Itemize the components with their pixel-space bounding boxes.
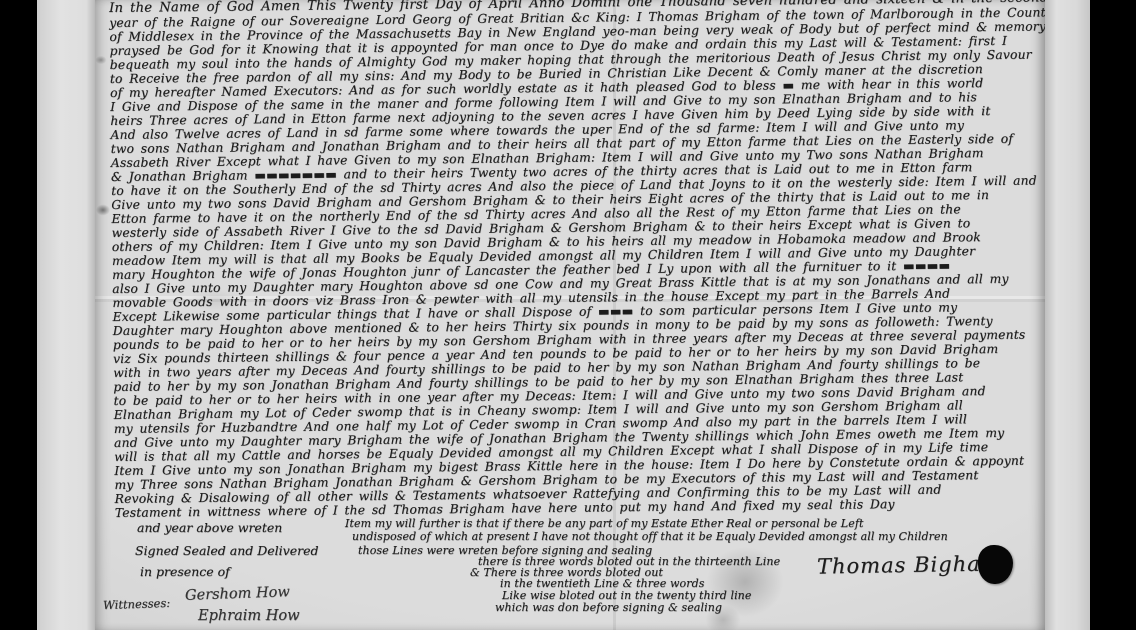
will-body-text: In the Name of God Amen This Twenty firs… xyxy=(109,0,1045,520)
wax-seal xyxy=(978,545,1013,584)
codicil-line: which was don before signing & sealing xyxy=(495,601,722,614)
testator-signature: Thomas Bigham xyxy=(817,551,1002,578)
witnesses-label: Wittnesses: xyxy=(103,596,171,612)
codicil-line: undisposed of which at present I have no… xyxy=(352,530,948,543)
attestation-line: Signed Sealed and Delivered xyxy=(135,543,319,558)
witness-signature: Ephraim How xyxy=(198,608,300,624)
scanned-document-page: In the Name of God Amen This Twenty firs… xyxy=(0,0,1136,630)
codicil-line: Item my will further is that if there be… xyxy=(345,517,864,530)
manuscript-scan: In the Name of God Amen This Twenty firs… xyxy=(95,0,1045,630)
scan-margin-left xyxy=(37,0,95,630)
witness-signature: Gershom How xyxy=(185,584,290,604)
closing-date-line: and year above wreten xyxy=(137,520,282,535)
attestation-line: in presence of xyxy=(140,564,230,579)
letterbox-left xyxy=(0,0,37,630)
letterbox-right xyxy=(1090,0,1136,630)
scan-margin-right xyxy=(1045,0,1090,630)
